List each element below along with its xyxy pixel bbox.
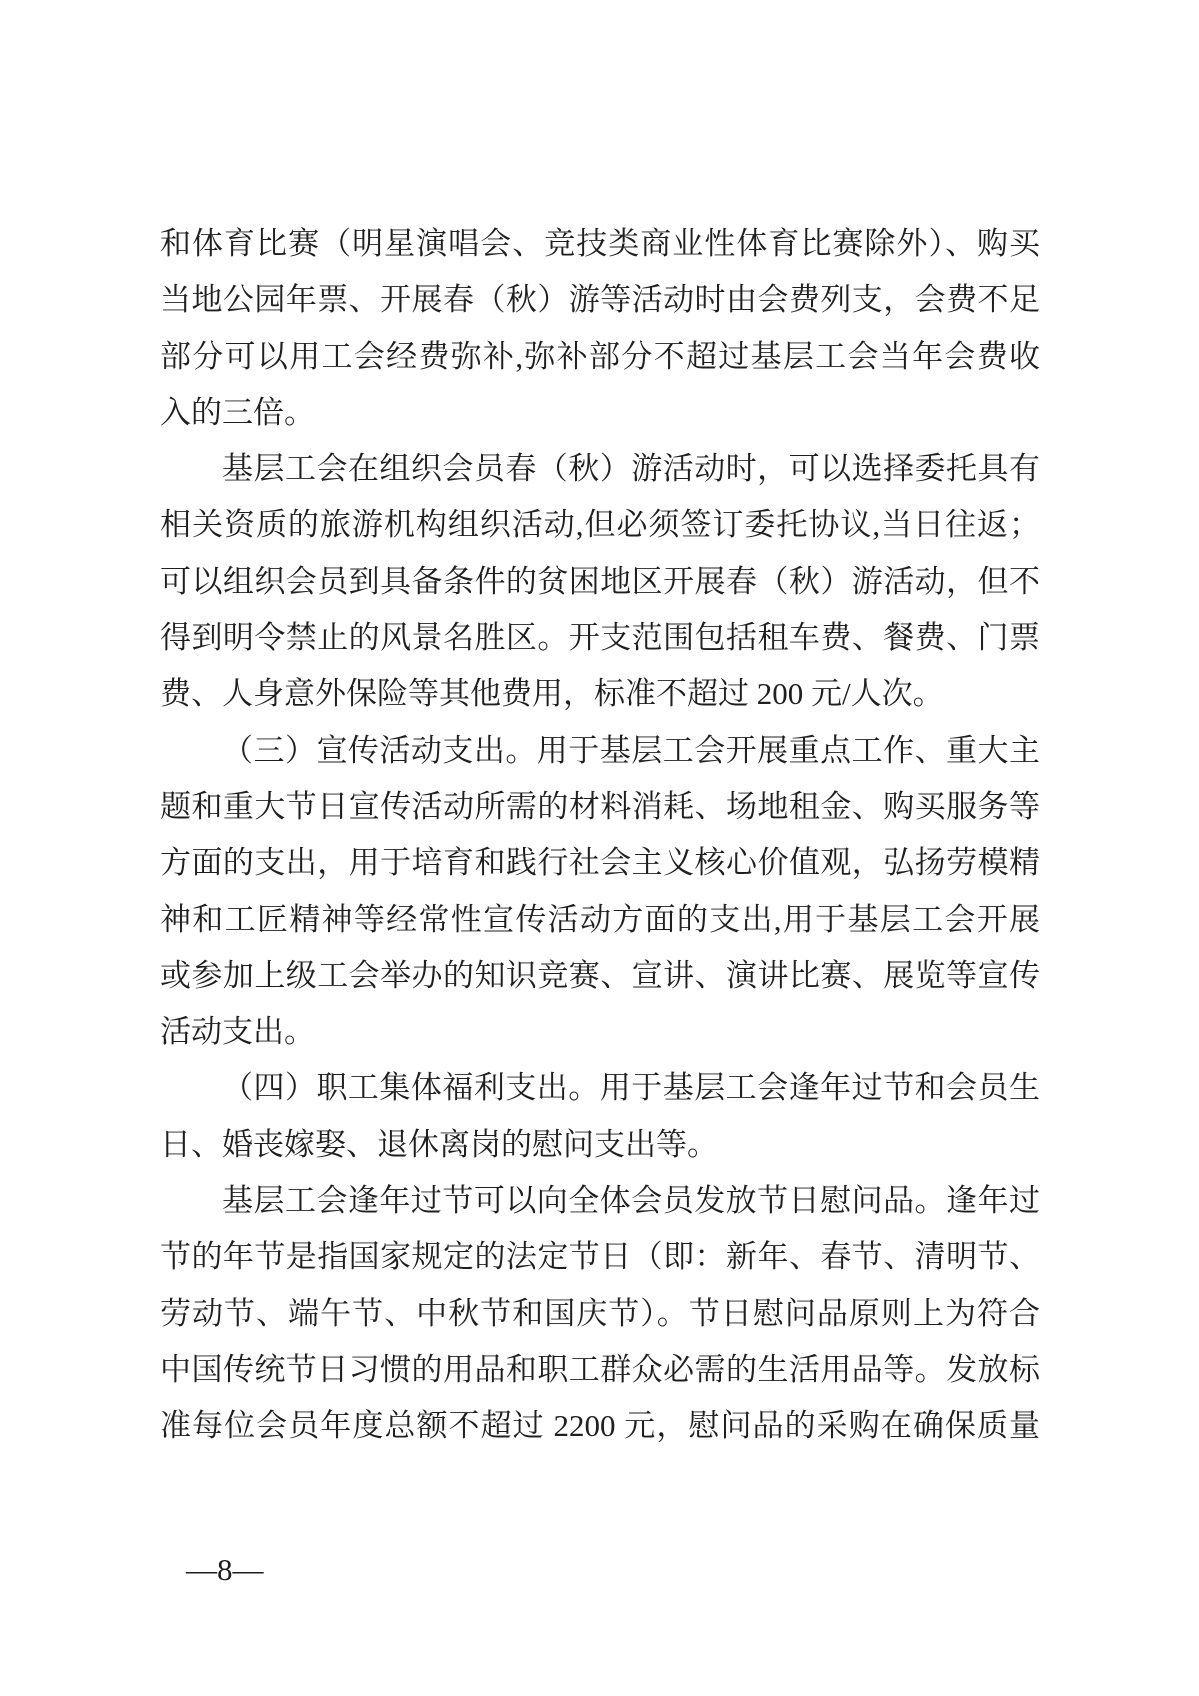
text-line: 当地公园年票、开展春（秋）游等活动时由会费列支，会费不足: [160, 272, 1040, 328]
text-line: 基层工会逢年过节可以向全体会员发放节日慰问品。逢年过: [160, 1173, 1040, 1229]
text-line: 神和工匠精神等经常性宣传活动方面的支出,用于基层工会开展: [160, 892, 1040, 948]
text-line: 基层工会在组织会员春（秋）游活动时，可以选择委托具有: [160, 441, 1040, 497]
page-number: —8—: [186, 1552, 264, 1588]
text-line: 题和重大节日宣传活动所需的材料消耗、场地租金、购买服务等: [160, 779, 1040, 835]
text-line: 入的三倍。: [160, 385, 1040, 441]
text-line: 节的年节是指国家规定的法定节日（即：新年、春节、清明节、: [160, 1229, 1040, 1285]
paragraph: （三）宣传活动支出。用于基层工会开展重点工作、重大主题和重大节日宣传活动所需的材…: [160, 723, 1040, 1061]
text-line: 费、人身意外保险等其他费用，标准不超过 200 元/人次。: [160, 666, 1040, 722]
document-body: 和体育比赛（明星演唱会、竞技类商业性体育比赛除外）、购买当地公园年票、开展春（秋…: [160, 216, 1040, 1455]
text-line: 和体育比赛（明星演唱会、竞技类商业性体育比赛除外）、购买: [160, 216, 1040, 272]
text-line: 中国传统节日习惯的用品和职工群众必需的生活用品等。发放标: [160, 1342, 1040, 1398]
text-line: 相关资质的旅游机构组织活动,但必须签订委托协议,当日往返；: [160, 497, 1040, 553]
paragraph: 基层工会逢年过节可以向全体会员发放节日慰问品。逢年过节的年节是指国家规定的法定节…: [160, 1173, 1040, 1454]
text-line: 活动支出。: [160, 1004, 1040, 1060]
text-line: 或参加上级工会举办的知识竞赛、宣讲、演讲比赛、展览等宣传: [160, 948, 1040, 1004]
document-page: 和体育比赛（明星演唱会、竞技类商业性体育比赛除外）、购买当地公园年票、开展春（秋…: [0, 0, 1199, 1696]
text-line: 准每位会员年度总额不超过 2200 元，慰问品的采购在确保质量: [160, 1398, 1040, 1454]
text-line: （三）宣传活动支出。用于基层工会开展重点工作、重大主: [160, 723, 1040, 779]
paragraph: （四）职工集体福利支出。用于基层工会逢年过节和会员生日、婚丧嫁娶、退休离岗的慰问…: [160, 1060, 1040, 1173]
paragraph: 基层工会在组织会员春（秋）游活动时，可以选择委托具有相关资质的旅游机构组织活动,…: [160, 441, 1040, 722]
text-line: （四）职工集体福利支出。用于基层工会逢年过节和会员生: [160, 1060, 1040, 1116]
text-line: 可以组织会员到具备条件的贫困地区开展春（秋）游活动，但不: [160, 554, 1040, 610]
text-line: 方面的支出，用于培育和践行社会主义核心价值观，弘扬劳模精: [160, 835, 1040, 891]
text-line: 部分可以用工会经费弥补,弥补部分不超过基层工会当年会费收: [160, 329, 1040, 385]
text-line: 劳动节、端午节、中秋节和国庆节）。节日慰问品原则上为符合: [160, 1286, 1040, 1342]
text-line: 得到明令禁止的风景名胜区。开支范围包括租车费、餐费、门票: [160, 610, 1040, 666]
text-line: 日、婚丧嫁娶、退休离岗的慰问支出等。: [160, 1117, 1040, 1173]
paragraph: 和体育比赛（明星演唱会、竞技类商业性体育比赛除外）、购买当地公园年票、开展春（秋…: [160, 216, 1040, 441]
